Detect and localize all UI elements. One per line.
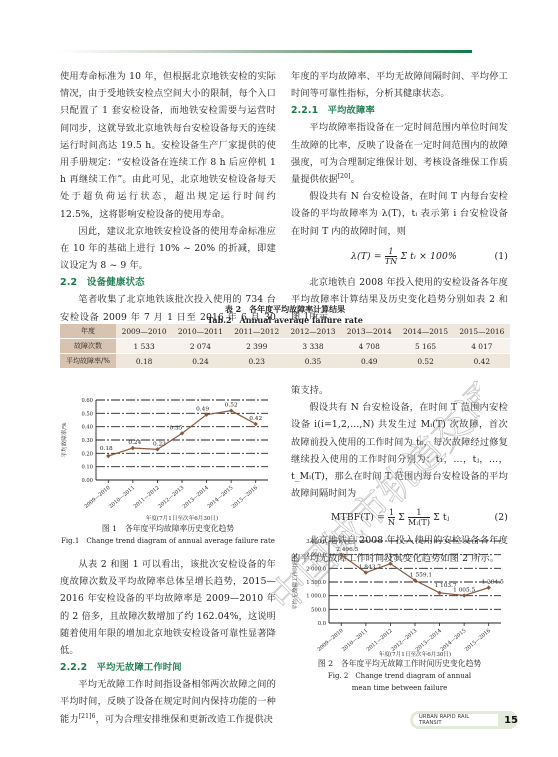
fraction: 1TN [385, 247, 398, 266]
svg-text:2 171.7: 2 171.7 [383, 556, 405, 562]
table-row: 故障次数 1 533 2 074 2 399 3 338 4 708 5 165… [60, 339, 510, 354]
svg-text:1 294.5: 1 294.5 [482, 580, 504, 586]
svg-text:2012—2013: 2012—2013 [390, 628, 418, 653]
left-column-bottom: 从表 2 和图 1 可以看出，该批次安检设备的年度故障次数及平均故障率总体呈增长… [60, 556, 276, 728]
svg-text:0.60: 0.60 [81, 398, 93, 404]
figure-1-line-chart: 0.000.100.200.300.400.500.602009—2010201… [58, 392, 278, 522]
page-number: 15 [504, 715, 518, 726]
figure-2-caption: 图 2 各年度平均无故障工作时间历史变化趋势 Fig. 2 Change tre… [291, 658, 508, 694]
paragraph: 使用寿命标准为 10 年，但根据北京地铁安检的实际情况，由于受地铁安检点空间大小… [60, 68, 276, 223]
paragraph: 从表 2 和图 1 可以看出，该批次安检设备的年度故障次数及平均故障率总体呈增长… [60, 556, 276, 659]
svg-text:3 000.0: 3 000.0 [306, 539, 326, 545]
citation: [20] [338, 173, 351, 180]
svg-text:2011—2012: 2011—2012 [133, 485, 161, 510]
svg-text:0.52: 0.52 [225, 403, 238, 409]
svg-text:年度(7月1日至次年6月30日): 年度(7月1日至次年6月30日) [146, 514, 219, 522]
equation-number: (2) [495, 509, 508, 526]
svg-text:0.00: 0.00 [81, 478, 93, 484]
svg-text:0.40: 0.40 [81, 425, 93, 431]
svg-text:2009—2010: 2009—2010 [317, 628, 345, 653]
svg-text:1 005.5: 1 005.5 [453, 588, 475, 594]
paragraph: 假设共有 N 台安检设备，在时间 T 范围内安检设备 i(i=1,2,…,N) … [291, 399, 508, 502]
svg-text:2 500.0: 2 500.0 [306, 553, 326, 559]
equation-number: (1) [495, 248, 508, 265]
table-header-row: 年度 2009—2010 2010—2011 2011—2012 2012—20… [60, 324, 510, 339]
paragraph: 平均故障率指设备在一定时间范围内单位时间发生故障的比率，反映了设备在一定时间范围… [291, 119, 508, 188]
section-heading-2-2: 2.2 设备健康状态 [60, 274, 276, 291]
svg-text:2010—2011: 2010—2011 [108, 485, 136, 510]
svg-text:0.24: 0.24 [128, 440, 141, 446]
section-heading-2-2-2: 2.2.2 平均无故障工作时间 [60, 659, 276, 676]
equation-1: λ(T) = 1TN Σ tᵢ × 100% (1) [291, 240, 508, 274]
svg-text:0.10: 0.10 [81, 465, 93, 471]
svg-text:1 000.0: 1 000.0 [306, 594, 326, 600]
svg-text:平均无故障工作时间/h: 平均无故障工作时间/h [291, 554, 299, 610]
paragraph: 平均无故障工作时间指设备相邻两次故障之间的平均时间，反映了设备在规定时间内保持功… [60, 676, 276, 728]
svg-text:0.18: 0.18 [100, 446, 113, 452]
svg-text:0.35: 0.35 [170, 425, 183, 431]
svg-text:2009—2010: 2009—2010 [84, 485, 112, 510]
equation-2: MTBF(T) = 1N Σ 1Mᵢ(T) Σ tⱼ (2) [291, 502, 508, 532]
right-column-top: 年度的平均故障率、平均无故障间隔时间、平均停工时间等可靠性指标，分析其健康状态。… [291, 68, 508, 325]
table-row: 平均故障率/% 0.18 0.24 0.23 0.35 0.49 0.52 0.… [60, 354, 510, 369]
svg-text:平均故障率/%: 平均故障率/% [60, 422, 68, 457]
svg-text:2011—2012: 2011—2012 [366, 628, 394, 653]
figure-2-line-chart: 0.0500.01 000.01 500.02 000.02 500.03 00… [289, 533, 511, 658]
svg-text:2014—2015: 2014—2015 [439, 628, 467, 653]
svg-text:0.42: 0.42 [249, 416, 262, 422]
paragraph: 年度的平均故障率、平均无故障间隔时间、平均停工时间等可靠性指标，分析其健康状态。 [291, 68, 508, 102]
svg-text:2014—2015: 2014—2015 [206, 485, 234, 510]
svg-text:1 500.0: 1 500.0 [306, 580, 326, 586]
svg-text:1 843.7: 1 843.7 [359, 565, 381, 571]
page-footer: URBAN RAPID RAIL TRANSIT 15 [410, 711, 518, 729]
svg-text:0.49: 0.49 [196, 407, 209, 413]
paragraph: 因此，建议北京地铁安检设备的使用寿命标准应在 10 年的基础上进行 10% ~ … [60, 223, 276, 275]
svg-text:2012—2013: 2012—2013 [157, 485, 185, 510]
svg-text:2 496.5: 2 496.5 [336, 547, 358, 553]
section-heading-2-2-1: 2.2.1 平均故障率 [291, 102, 508, 119]
svg-text:0.30: 0.30 [81, 438, 93, 444]
svg-text:0.20: 0.20 [81, 451, 93, 457]
header-gradient-bar [57, 50, 472, 53]
svg-text:0.0: 0.0 [318, 621, 326, 627]
svg-text:2015—2016: 2015—2016 [231, 485, 259, 510]
table-2: 年度 2009—2010 2010—2011 2011—2012 2012—20… [60, 324, 510, 369]
svg-text:2015—2016: 2015—2016 [464, 628, 492, 653]
citation: [21]6 [79, 713, 96, 720]
figure-1-caption: 图 1 各年度平均故障率历史变化趋势 Fig.1 Change trend di… [60, 523, 276, 547]
svg-text:年度(7月1日至次年6月30日): 年度(7月1日至次年6月30日) [379, 650, 452, 658]
svg-text:2010—2011: 2010—2011 [341, 628, 369, 653]
svg-text:0.23: 0.23 [153, 441, 166, 447]
svg-text:0.50: 0.50 [81, 411, 93, 417]
journal-name: URBAN RAPID RAIL TRANSIT [413, 714, 498, 726]
svg-text:1 559.1: 1 559.1 [410, 572, 432, 578]
svg-text:2 000.0: 2 000.0 [306, 566, 326, 572]
paragraph: 策支持。 [291, 382, 508, 399]
paragraph: 假设共有 N 台安检设备，在时间 T 内每台安检设备的平均故障率为 λ(T)，t… [291, 188, 508, 240]
table-caption: 表 2 各年度平均故障率计算结果 Tab.2 Annual average fa… [60, 304, 510, 326]
svg-text:500.0: 500.0 [311, 607, 326, 613]
